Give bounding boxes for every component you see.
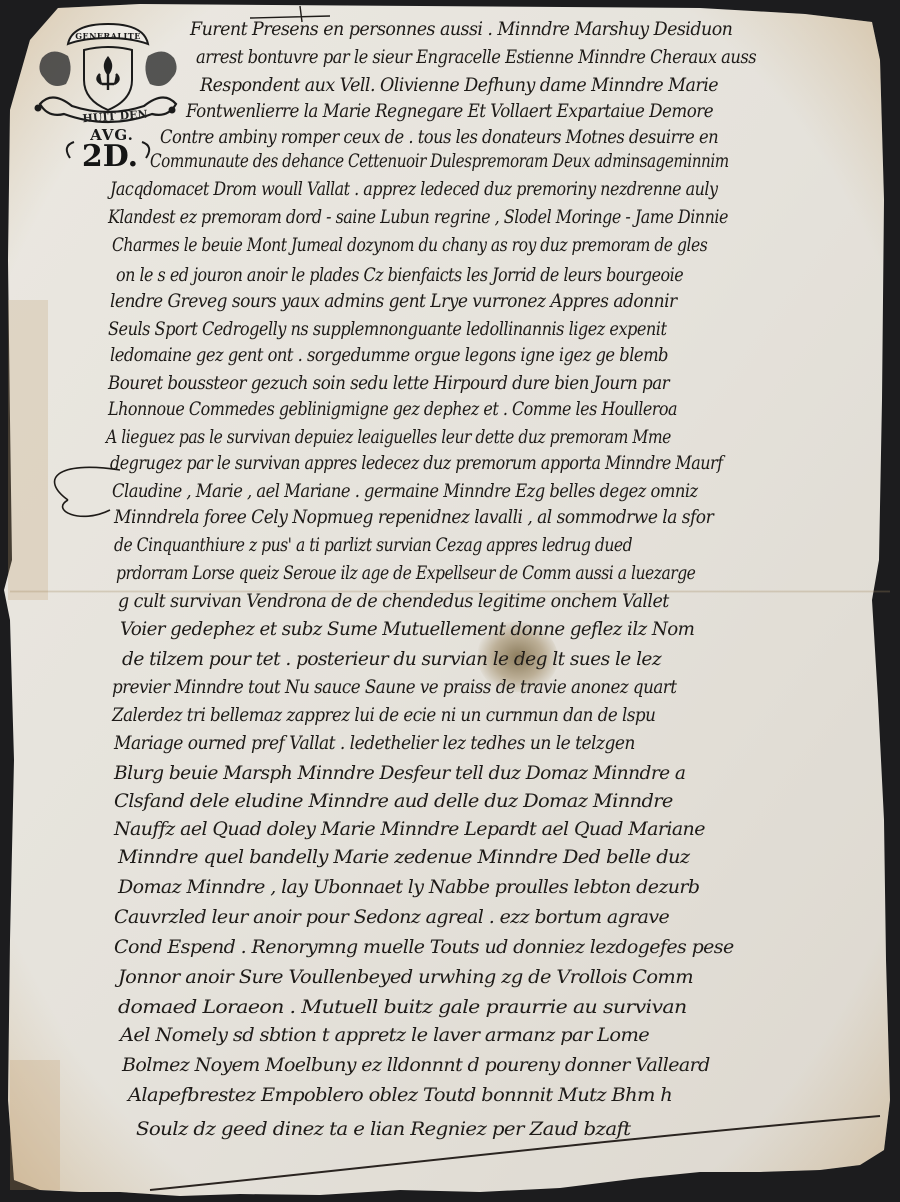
fiscal-stamp: GENERALITE HUIT DEN AVG. 2D. bbox=[22, 18, 182, 163]
handwriting-line: Alapefbrestez Empoblero oblez Toutd bonn… bbox=[128, 1084, 672, 1106]
handwriting-line: Voier gedephez et subz Sume Mutuellement… bbox=[120, 618, 694, 640]
handwriting-line: Lhonnoue Commedes geblinigmigne gez deph… bbox=[108, 398, 677, 420]
handwriting-line: de tilzem pour tet . posterieur du survi… bbox=[122, 648, 661, 670]
handwriting-line: A lieguez pas le survivan depuiez leaigu… bbox=[106, 426, 671, 448]
handwriting-line: Klandest ez premoram dord - saine Lubun … bbox=[108, 206, 728, 228]
handwriting-line: Jonnor anoir Sure Voullenbeyed urwhing z… bbox=[118, 966, 693, 988]
handwriting-line: Zalerdez tri bellemaz zapprez lui de eci… bbox=[112, 704, 655, 726]
handwriting-line: degrugez par le survivan appres ledecez … bbox=[110, 452, 723, 474]
handwriting-line: Jacqdomacet Drom woull Vallat . apprez l… bbox=[110, 178, 718, 200]
handwriting-line: Cond Espend . Renorymng muelle Touts ud … bbox=[114, 936, 734, 958]
handwriting-line: Seuls Sport Cedrogelly ns supplemnonguan… bbox=[108, 318, 666, 340]
handwriting-line: Contre ambiny romper ceux de . tous les … bbox=[160, 126, 718, 148]
handwriting-line: Charmes le beuie Mont Jumeal dozynom du … bbox=[112, 234, 707, 256]
handwriting-line: domaed Loraeon . Mutuell buitz gale prau… bbox=[118, 996, 687, 1018]
handwriting-line: Ael Nomely sd sbtion t appretz le laver … bbox=[120, 1024, 649, 1046]
handwriting-line: Nauffz ael Quad doley Marie Minndre Lepa… bbox=[114, 818, 705, 840]
handwriting-line: Clsfand dele eludine Minndre aud delle d… bbox=[114, 790, 673, 812]
handwriting-line: ledomaine gez gent ont . sorgedumme orgu… bbox=[110, 344, 668, 366]
handwriting-line: Bolmez Noyem Moelbuny ez lldonnnt d pour… bbox=[122, 1054, 710, 1076]
handwriting-line: Soulz dz geed dinez ta e lian Regniez pe… bbox=[136, 1118, 631, 1140]
handwriting-line: Cauvrzled leur anoir pour Sedonz agreal … bbox=[114, 906, 669, 928]
handwriting-line: Communaute des dehance Cettenuoir Dulesp… bbox=[150, 150, 729, 172]
handwriting-line: de Cinquanthiure z pus' a ti parlizt sur… bbox=[114, 534, 632, 556]
handwriting-line: Furent Presens en personnes aussi . Minn… bbox=[190, 18, 825, 40]
handwriting-line: arrest bontuvre par le sieur Engracelle … bbox=[196, 46, 756, 68]
handwriting-line: Respondent aux Vell. Olivienne Defhuny d… bbox=[200, 74, 718, 96]
stamp-banner-text: GENERALITE bbox=[70, 28, 146, 44]
handwriting-line: lendre Greveg sours yaux admins gent Lry… bbox=[110, 290, 677, 312]
handwriting-line: Blurg beuie Marsph Minndre Desfeur tell … bbox=[114, 762, 685, 784]
handwriting-line: g cult survivan Vendrona de de chendedus… bbox=[118, 590, 669, 612]
handwriting-line: Bouret boussteor gezuch soin sedu lette … bbox=[108, 372, 669, 394]
handwriting-line: prdorram Lorse queiz Seroue ilz age de E… bbox=[116, 562, 695, 584]
handwriting-line: previer Minndre tout Nu sauce Saune ve p… bbox=[112, 676, 676, 698]
handwriting-line: Fontwenlierre la Marie Regnegare Et Voll… bbox=[186, 100, 713, 122]
handwriting-line: Mariage ourned pref Vallat . ledethelier… bbox=[114, 732, 635, 754]
handwriting-line: Domaz Minndre , lay Ubonnaet ly Nabbe pr… bbox=[118, 876, 699, 898]
handwriting-line: Minndrela foree Cely Nopmueg repenidnez … bbox=[114, 506, 713, 528]
manuscript-page: GENERALITE HUIT DEN AVG. 2D. Furent Pres… bbox=[0, 0, 900, 1202]
handwriting-line: on le s ed jouron anoir le plades Cz bie… bbox=[116, 264, 683, 286]
handwriting-line: Minndre quel bandelly Marie zedenue Minn… bbox=[118, 846, 689, 868]
stamp-denomination: 2D. bbox=[70, 142, 150, 172]
handwriting-line: Claudine , Marie , ael Mariane . germain… bbox=[112, 480, 698, 502]
